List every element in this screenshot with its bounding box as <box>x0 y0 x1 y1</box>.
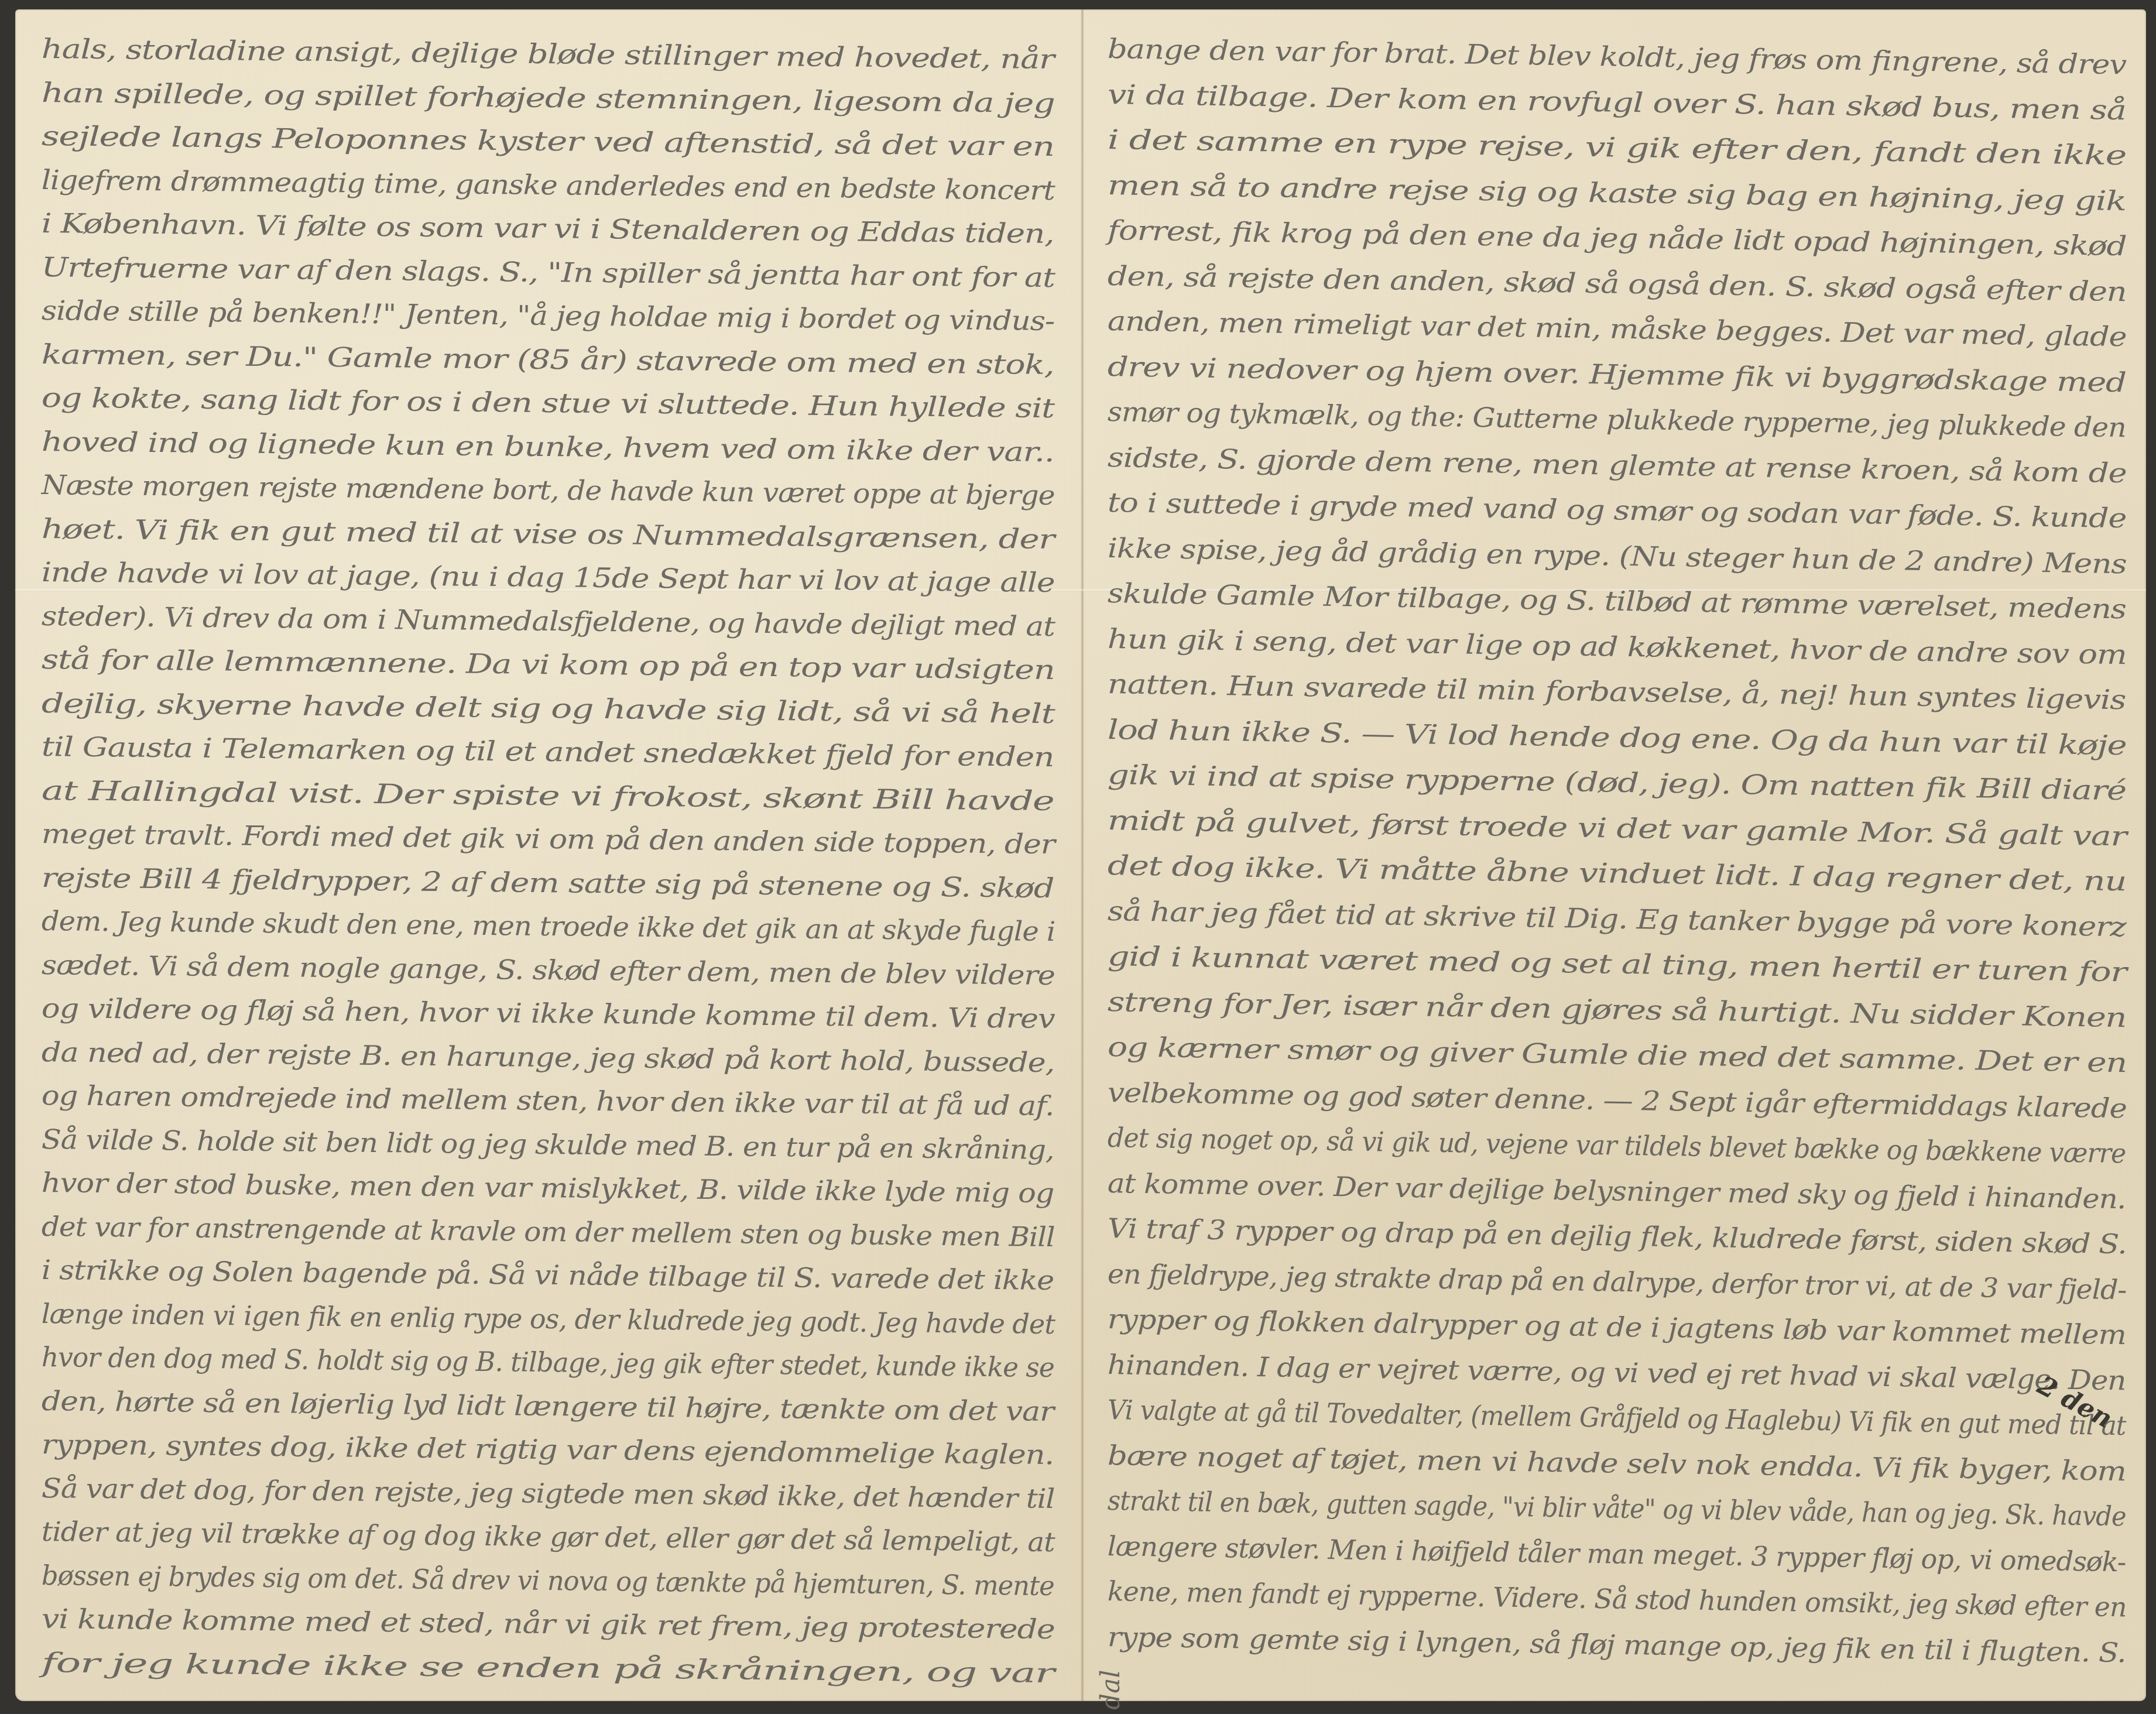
handwritten-line: Urtefruerne var af den slags. S., "In sp… <box>42 251 1055 293</box>
handwritten-line: til Gausta i Telemarken og til et andet … <box>42 731 1054 773</box>
handwritten-line: hun gik i seng, det var lige op ad køkke… <box>1108 623 2127 670</box>
handwritten-line: gid i kunnat været med og set al ting, m… <box>1108 940 2127 988</box>
handwritten-line: længe inden vi igen fik en enlig rype os… <box>42 1298 1055 1340</box>
handwritten-line: Vi valgte at gå til Tovedalter, (mellem … <box>1108 1394 2126 1441</box>
handwritten-line: ligefrem drømmeagtig time, ganske anderl… <box>42 164 1055 206</box>
handwritten-line: bøssen ej brydes sig om det. Så drev vi … <box>42 1559 1054 1602</box>
left-page: hals, storladine ansigt, dejlige bløde s… <box>15 9 1081 1701</box>
handwritten-line: sidde stille på benken!!" Jenten, "å jeg… <box>42 294 1055 337</box>
handwritten-line: hinanden. I dag er vejret værre, og vi v… <box>1108 1349 2126 1396</box>
handwritten-line: det dog ikke. Vi måtte åbne vinduet lidt… <box>1108 849 2127 897</box>
handwritten-line: tider at jeg vil trække af og dog ikke g… <box>42 1516 1055 1558</box>
handwritten-line: ikke spise, jeg åd grådig en rype. (Nu s… <box>1108 532 2127 580</box>
handwritten-line: han spillede, og spillet forhøjede stemn… <box>42 77 1055 119</box>
handwritten-line: drev vi nedover og hjem over. Hjemme fik… <box>1108 351 2126 398</box>
handwritten-line: høet. Vi fik en gut med til at vise os N… <box>42 513 1055 555</box>
handwritten-line: streng for Jer, især når den gjøres så h… <box>1108 986 2127 1033</box>
handwritten-line: i København. Vi følte os som var vi i St… <box>42 207 1054 249</box>
handwritten-line: hvor den dog med S. holdt sig og B. tilb… <box>42 1341 1054 1383</box>
handwritten-line: Så vilde S. holde sit ben lidt og jeg sk… <box>42 1123 1054 1165</box>
letter-sheet: hals, storladine ansigt, dejlige bløde s… <box>15 9 2146 1701</box>
handwritten-line: stå for alle lemmænnene. Da vi kom op på… <box>42 643 1055 685</box>
handwritten-line: den, hørte så en løjerlig lyd lidt længe… <box>42 1385 1054 1427</box>
handwritten-line: karmen, ser Du." Gamle mor (85 år) stavr… <box>42 338 1054 380</box>
handwritten-line: og kokte, sang lidt for os i den stue vi… <box>42 382 1054 424</box>
handwritten-line: at komme over. Der var dejlige belysning… <box>1108 1167 2126 1215</box>
handwritten-line: vi da tilbage. Der kom en rovfugl over S… <box>1108 78 2126 126</box>
handwritten-line: ryppen, syntes dog, ikke det rigtig var … <box>42 1428 1054 1470</box>
handwritten-line: det var for anstrengende at kravle om de… <box>42 1211 1055 1253</box>
handwritten-line: bære noget af tøjet, men vi havde selv n… <box>1108 1439 2126 1487</box>
handwritten-line: så har jeg fået tid at skrive til Dig. E… <box>1108 895 2126 942</box>
handwritten-line: sejlede langs Peloponnes kyster ved afte… <box>42 120 1054 162</box>
handwritten-line: skulde Gamle Mor tilbage, og S. tilbød a… <box>1108 577 2127 625</box>
handwritten-line: strakt til en bæk, gutten sagde, "vi bli… <box>1108 1485 2127 1532</box>
handwritten-line: bange den var for brat. Det blev koldt, … <box>1108 33 2127 80</box>
handwritten-line: lod hun ikke S. — Vi lod hende dog ene. … <box>1108 714 2127 761</box>
handwritten-line: længere støvler. Men i høifjeld tåler ma… <box>1108 1530 2126 1578</box>
handwritten-line: smør og tykmælk, og the: Gutterne plukke… <box>1108 396 2126 443</box>
handwritten-line: hvor der stod buske, men den var mislykk… <box>42 1167 1054 1209</box>
handwritten-line: rype som gemte sig i lyngen, så fløj man… <box>1108 1621 2126 1668</box>
handwritten-line: i strikke og Solen bagende på. Så vi nåd… <box>42 1254 1054 1296</box>
handwritten-line: da ned ad, der rejste B. en harunge, jeg… <box>42 1036 1055 1078</box>
handwritten-line: og haren omdrejede ind mellem sten, hvor… <box>42 1079 1054 1122</box>
handwritten-line: velbekomme og god søter denne. — 2 Sept … <box>1108 1077 2127 1124</box>
handwritten-line: anden, men rimeligt var det min, måske b… <box>1108 305 2127 352</box>
handwritten-line: hals, storladine ansigt, dejlige bløde s… <box>42 33 1054 75</box>
handwritten-line: Så var det dog, for den rejste, jeg sigt… <box>42 1472 1055 1514</box>
handwritten-line: Vi traf 3 rypper og drap på en dejlig fl… <box>1108 1212 2127 1260</box>
handwritten-line: i det samme en rype rejse, vi gik efter … <box>1108 124 2127 171</box>
handwritten-line: hoved ind og lignede kun en bunke, hvem … <box>42 426 1054 468</box>
handwritten-line: det sig noget op, så vi gik ud, vejene v… <box>1108 1122 2126 1169</box>
handwritten-line: en fjeldrype, jeg strakte drap på en dal… <box>1108 1258 2127 1305</box>
handwritten-line: sidste, S. gjorde dem rene, men glemte a… <box>1108 441 2127 489</box>
handwritten-line: Næste morgen rejste mændene bort, de hav… <box>42 469 1055 511</box>
handwritten-line: rejste Bill 4 fjeldrypper, 2 af dem satt… <box>42 862 1054 904</box>
handwritten-line: rypper og flokken dalrypper og at de i j… <box>1108 1303 2127 1350</box>
handwritten-line: gik vi ind at spise rypperne (død, jeg).… <box>1108 759 2127 806</box>
handwritten-line: for jeg kunde ikke se enden på skråninge… <box>42 1647 1054 1689</box>
handwritten-line: sædet. Vi så dem nogle gange, S. skød ef… <box>42 949 1055 991</box>
handwritten-line: den, så rejste den anden, skød så også d… <box>1108 260 2127 307</box>
margin-note-dal: dal <box>1096 1670 1126 1710</box>
handwritten-line: men så to andre rejse sig og kaste sig b… <box>1108 169 2126 217</box>
handwritten-line: vi kunde komme med et sted, når vi gik r… <box>42 1603 1055 1645</box>
handwritten-line: inde havde vi lov at jage, (nu i dag 15d… <box>42 556 1055 598</box>
handwritten-line: forrest, fik krog på den ene da jeg nåde… <box>1108 214 2127 262</box>
handwritten-line: at Hallingdal vist. Der spiste vi frokos… <box>42 774 1054 817</box>
handwritten-line: dejlig, skyerne havde delt sig og havde … <box>42 687 1055 729</box>
handwritten-line: kene, men fandt ej rypperne. Videre. Så … <box>1108 1575 2127 1623</box>
handwritten-line: natten. Hun svarede til min forbavselse,… <box>1108 668 2126 715</box>
handwritten-line: meget travlt. Fordi med det gik vi om på… <box>42 818 1055 860</box>
handwritten-line: og vildere og fløj så hen, hvor vi ikke … <box>42 992 1055 1034</box>
handwritten-line: midt på gulvet, først troede vi det var … <box>1108 804 2127 852</box>
handwritten-line: dem. Jeg kunde skudt den ene, men troede… <box>42 905 1055 947</box>
handwritten-line: to i suttede i gryde med vand og smør og… <box>1108 486 2127 534</box>
handwritten-line: og kærner smør og giver Gumle die med de… <box>1108 1031 2127 1078</box>
right-page: bange den var for brat. Det blev koldt, … <box>1084 9 2146 1701</box>
handwritten-line: steder). Vi drev da om i Nummedalsfjelde… <box>42 600 1055 642</box>
